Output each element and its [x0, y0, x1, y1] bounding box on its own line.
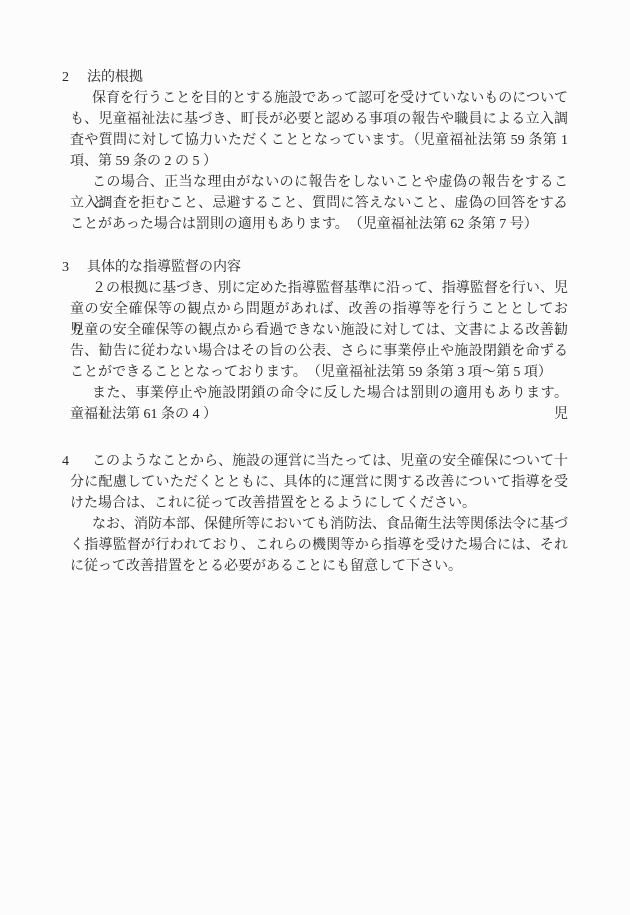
section-2: 2法的根拠保育を行うことを目的とする施設であって認可を受けていないものについても… — [62, 67, 568, 235]
document-line: けた場合は、これに従って改善措置をとるようにしてください。 — [62, 493, 568, 514]
document-page: 2法的根拠保育を行うことを目的とする施設であって認可を受けていないものについても… — [0, 0, 630, 915]
section-number: 4 — [62, 451, 69, 472]
document-line: 分に配慮していただくとともに、具体的に運営に関する改善について指導を受 — [62, 472, 568, 493]
document-content: 2法的根拠保育を行うことを目的とする施設であって認可を受けていないものについても… — [62, 67, 568, 577]
document-line: 童の安全確保等の観点から問題があれば、改善の指導等を行うこととしており、 — [62, 299, 568, 320]
document-line: この場合、正当な理由がないのに報告をしないことや虚偽の報告をすること、 — [62, 172, 568, 193]
document-line: ことができることとなっております。 （児童福祉法第 59 条第 3 項～第 5 … — [62, 362, 568, 383]
section-4: 4このようなことから、施設の運営に当たっては、児童の安全確保について十分に配慮し… — [62, 451, 568, 577]
document-line: く指導監督が行われており、これらの機関等から指導を受けた場合には、それ — [62, 535, 568, 556]
section-heading: 具体的な指導監督の内容 — [62, 257, 568, 278]
document-line: 告、勧告に従わない場合はその旨の公表、さらに事業停止や施設閉鎖を命ずる — [62, 341, 568, 362]
document-line: に従って改善措置をとる必要があることにも留意して下さい。 — [62, 556, 568, 577]
section-heading: 法的根拠 — [62, 67, 568, 88]
document-line: なお、消防本部、保健所等においても消防法、食品衛生法等関係法令に基づ — [62, 514, 568, 535]
section-3: 3具体的な指導監督の内容２の根拠に基づき、別に定めた指導監督基準に沿って、指導監… — [62, 257, 568, 425]
document-line: 査や質問に対して協力いただくこととなっています。（児童福祉法第 59 条第 1 — [62, 130, 568, 151]
document-line: 立入調査を拒むこと、忌避すること、質問に答えないこと、虚偽の回答をする — [62, 193, 568, 214]
section-number: 2 — [62, 67, 69, 88]
document-line: 項、第 59 条の 2 の 5 ） — [62, 151, 568, 172]
document-line: このようなことから、施設の運営に当たっては、児童の安全確保について十 — [62, 451, 568, 472]
document-line: も、児童福祉法に基づき、町長が必要と認める事項の報告や職員による立入調 — [62, 109, 568, 130]
document-line: 保育を行うことを目的とする施設であって認可を受けていないものについて — [62, 88, 568, 109]
document-line: ２の根拠に基づき、別に定めた指導監督基準に沿って、指導監督を行い、児 — [62, 278, 568, 299]
section-number: 3 — [62, 257, 69, 278]
document-line: 児童の安全確保等の観点から看過できない施設に対しては、文書による改善勧 — [62, 320, 568, 341]
document-line: また、事業停止や施設閉鎖の命令に反した場合は罰則の適用もあります。（児 — [62, 383, 568, 404]
document-line: ことがあった場合は罰則の適用もあります。 （児童福祉法第 62 条第 7 号） — [62, 214, 568, 235]
